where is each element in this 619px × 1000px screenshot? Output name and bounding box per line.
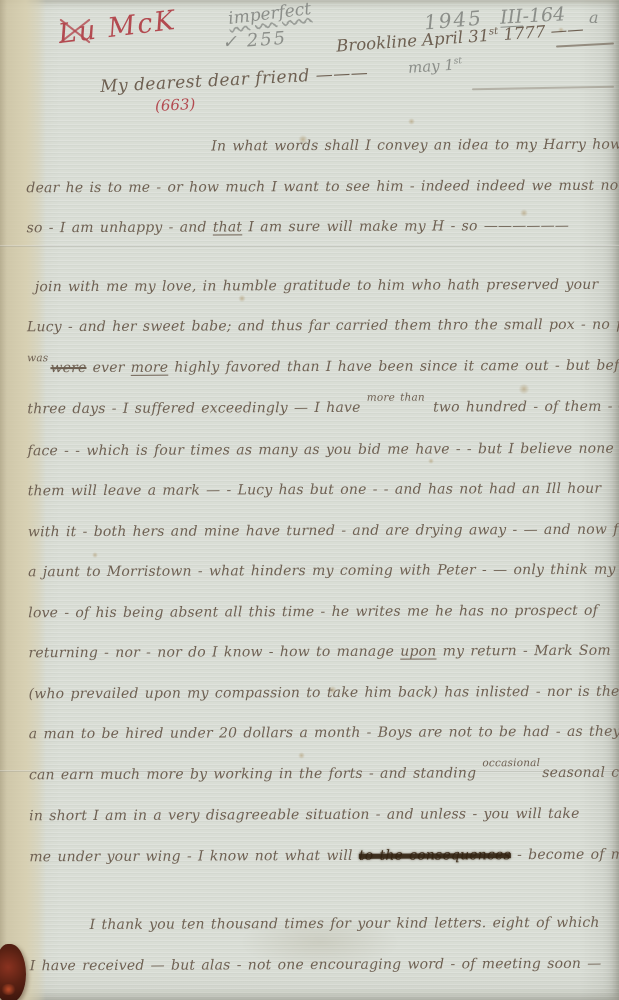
letter-text-segment: were [50, 360, 86, 376]
letter-line: a jaunt to Morristown - what hinders my … [28, 550, 613, 593]
letter-text-segment: returning - nor - nor do I know - how to… [28, 644, 400, 662]
letter-text-segment: upon [400, 643, 436, 659]
letter-line: In what words shall I convey an idea to … [26, 125, 611, 168]
letter-line: me under your wing - I know not what wil… [29, 834, 614, 877]
pencil-condition-note: imperfect [227, 0, 312, 29]
wax-seal-remnant [1, 984, 16, 995]
letter-line: join with me my love, in humble gratitud… [27, 264, 612, 307]
letter-text-segment: love - of his being absent all this time… [28, 602, 598, 620]
letter-line: so - I am unhappy - and that I am sure w… [26, 206, 611, 249]
letter-text-segment: occasional [482, 743, 540, 784]
letter-line: can earn much more by working in the for… [29, 752, 614, 796]
letter-text-segment: (who prevailed upon my compassion to tak… [29, 683, 619, 702]
letter-line: them will leave a mark — - Lucy has but … [28, 469, 613, 512]
letter-text-segment: In what words shall I convey an idea to … [211, 137, 619, 155]
ink-flourish-rule [556, 42, 614, 47]
letter-text-segment: so - I am unhappy - and [27, 219, 213, 236]
letter-text-segment: me under your wing - I know not what wil… [29, 847, 359, 864]
red-catalog-number: (663) [155, 95, 196, 115]
letter-text-segment: in short I am in a very disagreeable sit… [29, 806, 579, 824]
letter-line: I have received — but alas - not one enc… [30, 943, 615, 986]
letter-line: three days - I suffered exceedingly — I … [27, 387, 612, 431]
pencil-date-correction: may 1st [407, 55, 462, 77]
letter-text-segment: can earn much more by working in the for… [29, 765, 483, 783]
letter-line: waswere ever more highly favored than I … [27, 345, 612, 389]
letter-text-segment: with it - both hers and mine have turned… [28, 521, 619, 540]
letter-text-segment: that [213, 219, 242, 235]
red-owner-initials: Lu McK [57, 5, 179, 50]
ink-flourish-rule [472, 86, 614, 90]
letter-text-segment: seasonal centrys [542, 764, 619, 781]
letter-text-segment: - become of me [511, 846, 619, 863]
letter-text-segment: face - - which is four times as many as … [28, 440, 619, 459]
pencil-date-text: may 1 [407, 56, 454, 77]
letter-text-segment: a man to be hired under 20 dollars a mon… [29, 724, 619, 743]
letter-scan-page: Lu McK imperfect ✓ 255 1945 III-164 a Br… [0, 0, 619, 1000]
letter-text-segment: more than [367, 378, 425, 419]
letter-text-segment: highly favored than I have been since it… [168, 357, 619, 375]
letter-line: with it - both hers and mine have turned… [28, 509, 613, 552]
letter-text-segment: my return - Mark Som [436, 643, 610, 660]
letter-line: dear he is to me - or how much I want to… [26, 165, 611, 208]
letter-text-segment: a jaunt to Morristown - what hinders my … [28, 562, 616, 581]
letter-text-segment: two hundred - of them - [427, 399, 619, 416]
pencil-date-ordinal: st [453, 56, 462, 67]
letter-text-segment: Lucy - and her sweet babe; and thus far … [27, 316, 619, 335]
letter-text-segment: join with me my love, in humble gratitud… [35, 276, 599, 294]
letter-line: returning - nor - nor do I know - how to… [28, 631, 613, 674]
letter-line: Lucy - and her sweet babe; and thus far … [27, 305, 612, 348]
letter-line: (who prevailed upon my compassion to tak… [29, 671, 614, 714]
letter-text-segment: I am sure will make my H - so —————— [242, 218, 569, 235]
letter-line: I thank you ten thousand times for your … [30, 903, 615, 946]
letter-text-segment: I thank you ten thousand times for your … [90, 915, 600, 933]
dateline-text: Brookline April 31 [336, 26, 490, 56]
letter-text-segment: to the consequences [359, 847, 511, 864]
letter-text-segment: ever [86, 359, 130, 375]
letter-body: In what words shall I convey an idea to … [26, 125, 615, 987]
letter-line: face - - which is four times as many as … [27, 428, 612, 471]
pencil-check-number: ✓ 255 [221, 28, 287, 53]
letter-text-segment: I have received — but alas - not one enc… [30, 955, 602, 973]
foxing-spot [408, 118, 415, 125]
letter-text-segment: more [131, 359, 169, 375]
letter-text-segment: three days - I suffered exceedingly — I … [27, 400, 366, 417]
letter-text-segment: was [27, 338, 48, 379]
letter-text-segment: dear he is to me - or how much I want to… [26, 177, 619, 196]
salutation: My dearest dear friend ——— [100, 63, 369, 97]
letter-line: in short I am in a very disagreeable sit… [29, 794, 614, 837]
letter-line: love - of his being absent all this time… [28, 590, 613, 633]
catalog-suffix: a [589, 8, 599, 27]
letter-text-segment: them will leave a mark — - Lucy has but … [28, 481, 602, 500]
